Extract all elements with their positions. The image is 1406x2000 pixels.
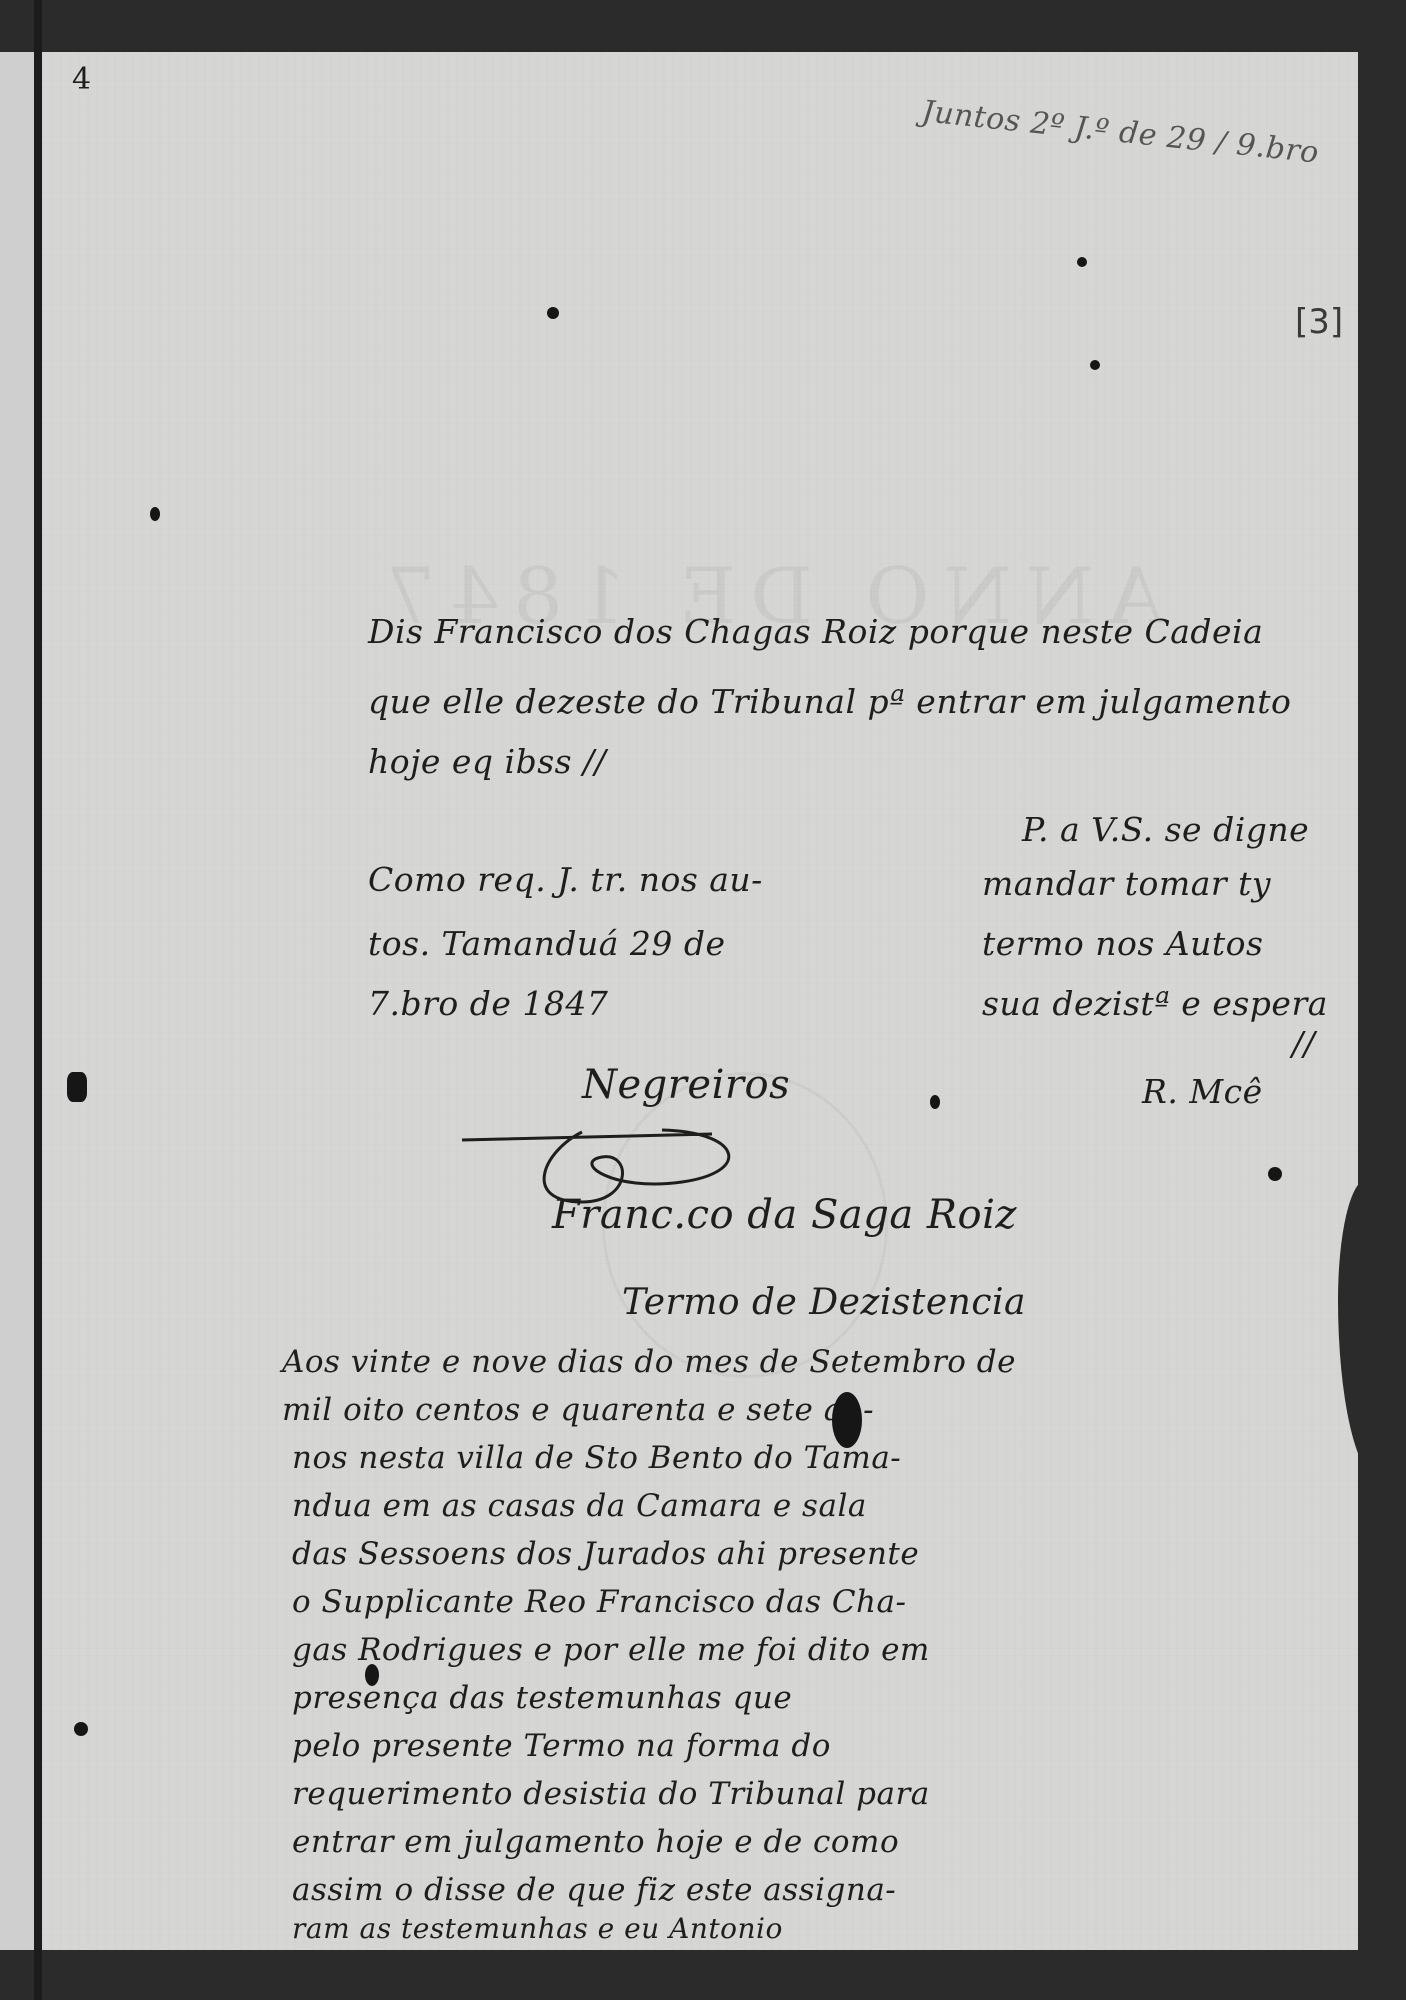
header-note: Juntos 2º J.º de 29 / 9.bro — [920, 94, 1320, 171]
folio-number: [3] — [1295, 302, 1343, 342]
petition-closing-3: termo nos Autos — [982, 924, 1263, 963]
despacho-line-3: 7.bro de 1847 — [368, 984, 608, 1023]
ink-spot — [365, 1664, 379, 1686]
termo-line-8: presença das testemunhas que — [292, 1680, 792, 1716]
termo-line-10: requerimento desistia do Tribunal para — [292, 1776, 930, 1812]
binding-line — [34, 0, 42, 2000]
termo-line-1: Aos vinte e nove dias do mes de Setembro… — [282, 1344, 1016, 1380]
petition-closing-2: mandar tomar ty — [982, 864, 1271, 903]
facing-page-strip — [0, 52, 36, 1950]
termo-line-13: ram as testemunhas e eu Antonio — [292, 1912, 783, 1945]
termo-line-6: o Supplicante Reo Francisco das Cha- — [292, 1584, 906, 1620]
petition-closing-6: R. Mcê — [1142, 1072, 1263, 1111]
termo-title: Termo de Dezistencia — [622, 1282, 1026, 1323]
ink-spot — [74, 1722, 88, 1736]
ink-spot — [547, 307, 559, 319]
ink-spot — [1077, 257, 1087, 267]
ink-spot — [67, 1072, 87, 1102]
petition-closing-4: sua dezistª e espera — [982, 984, 1328, 1023]
judge-signature: Negreiros — [582, 1062, 790, 1108]
petitioner-signature: Franc.co da Saga Roiz — [552, 1192, 1017, 1238]
petition-line-3: hoje eq ibss // — [368, 742, 606, 781]
termo-line-9: pelo presente Termo na forma do — [292, 1728, 831, 1764]
termo-line-7: gas Rodrigues e por elle me foi dito em — [292, 1632, 930, 1668]
termo-line-12: assim o disse de que fiz este assigna- — [292, 1872, 896, 1908]
ink-spot — [1090, 360, 1100, 370]
ink-spot — [1268, 1167, 1282, 1181]
petition-closing-1: P. a V.S. se digne — [1022, 810, 1309, 849]
petition-line-2: que elle dezeste do Tribunal pª entrar e… — [368, 682, 1291, 721]
manuscript-page: ANNO DE 1847 4 Juntos 2º J.º de 29 / 9.b… — [42, 52, 1358, 1950]
corner-mark: 4 — [72, 62, 92, 97]
termo-line-3: nos nesta villa de Sto Bento do Tama- — [292, 1440, 901, 1476]
termo-line-4: ndua em as casas da Camara e sala — [292, 1488, 867, 1524]
termo-line-5: das Sessoens dos Jurados ahi presente — [292, 1536, 919, 1572]
petition-closing-5: // — [1292, 1024, 1315, 1063]
ink-spot — [930, 1095, 940, 1109]
despacho-line-2: tos. Tamanduá 29 de — [368, 924, 726, 963]
petition-line-1: Dis Francisco dos Chagas Roiz porque nes… — [368, 612, 1263, 651]
ink-spot — [150, 507, 160, 521]
despacho-line-1: Como req. J. tr. nos au- — [368, 860, 763, 899]
ink-blot — [832, 1392, 862, 1448]
termo-line-11: entrar em julgamento hoje e de como — [292, 1824, 899, 1860]
termo-line-2: mil oito centos e quarenta e sete an- — [282, 1392, 874, 1428]
